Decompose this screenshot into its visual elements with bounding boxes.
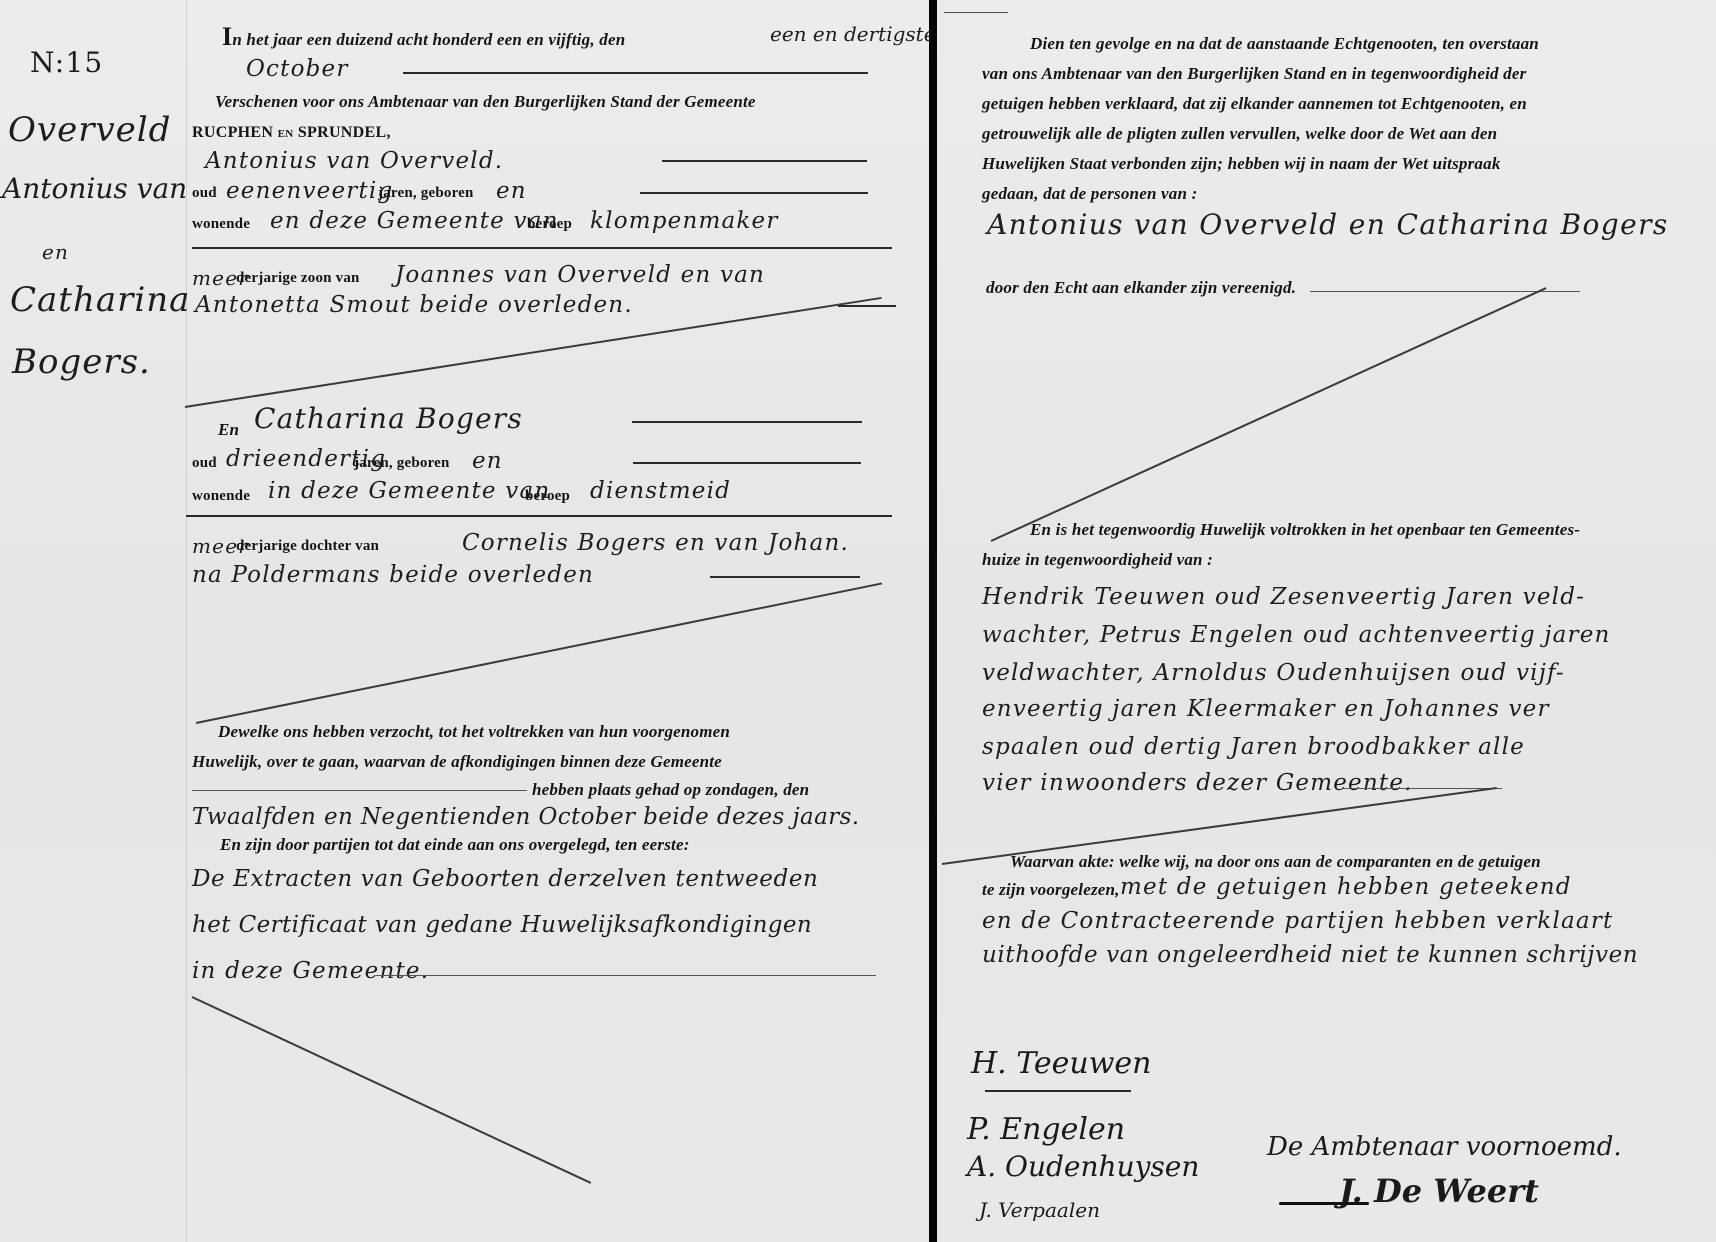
bride-en-label: En [218, 420, 239, 440]
fill-rule [192, 247, 892, 249]
witnesses-hand-4: enveertig jaren Kleermaker en Johannes v… [982, 696, 1550, 722]
documents-hand-3: in deze Gemeente. [192, 958, 429, 984]
margin-bride-given: Catharina [10, 280, 190, 320]
ceremony-line-1: En is het tegenwoordig Huwelijk voltrokk… [1030, 520, 1580, 540]
fill-rule [640, 192, 868, 194]
closing-line-2: te zijn voorgelezen, [982, 880, 1120, 900]
municipality: RUCPHEN EN SPRUNDEL, [192, 122, 391, 142]
groom-born-label: jaren, geboren [378, 185, 474, 202]
page-gutter [929, 0, 937, 1242]
witnesses-hand-1: Hendrik Teeuwen oud Zesenveertig Jaren v… [982, 584, 1585, 610]
margin-bride-surname: Bogers. [12, 342, 151, 382]
margin-groom-surname: Overveld [8, 110, 171, 150]
fill-rule [186, 515, 892, 517]
bride-child-label: derjarige dochter van [236, 538, 379, 555]
closing-hand-3: uithoofde van ongeleerdheid niet te kunn… [982, 942, 1638, 968]
groom-born-hand: en [496, 178, 527, 204]
groom-wonende-label: wonende [192, 216, 250, 233]
fill-rule [376, 975, 876, 976]
bride-oud-label: oud [192, 455, 217, 472]
signature-witness-3: A. Oudenhuysen [967, 1150, 1199, 1183]
closing-line-1: Waarvan akte: welke wij, na door ons aan… [1010, 852, 1541, 872]
groom-beroep-label: beroep [527, 216, 572, 233]
date-day-hand: een en dertigsten [770, 22, 948, 46]
fill-rule [632, 421, 862, 423]
bride-parents-hand-2: na Poldermans beide overleden [192, 562, 594, 588]
declaration-line-1: Dien ten gevolge en na dat de aanstaande… [1030, 34, 1539, 54]
fill-rule [192, 790, 527, 791]
signature-flourish [1279, 1202, 1369, 1205]
bride-residence-hand: in deze Gemeente van [268, 478, 550, 504]
declaration-line-3: getuigen hebben verklaard, dat zij elkan… [982, 94, 1527, 114]
witnesses-hand-5: spaalen oud dertig Jaren broodbakker all… [982, 734, 1525, 760]
act-number: N:15 [30, 46, 103, 79]
drop-initial: I [222, 22, 232, 51]
register-page-left: N:15 Overveld Antonius van en Catharina … [0, 0, 930, 1242]
register-page-right: Dien ten gevolge en na dat de aanstaande… [937, 0, 1716, 1242]
documents-intro: En zijn door partijen tot dat einde aan … [220, 835, 690, 855]
united-text: door den Echt aan elkander zijn vereenig… [986, 278, 1296, 298]
request-line-1: Dewelke ons hebben verzocht, tot het vol… [218, 722, 730, 742]
documents-hand-1: De Extracten van Geboorten derzelven ten… [192, 866, 818, 892]
appeared-line: Verschenen voor ons Ambtenaar van den Bu… [215, 92, 756, 112]
official-title: De Ambtenaar voornoemd. [1267, 1132, 1622, 1162]
groom-age-hand: eenenveertig [226, 178, 393, 204]
bride-born-label: jaren, geboren [354, 455, 450, 472]
groom-name-hand: Antonius van Overveld. [205, 148, 503, 174]
bride-beroep-label: beroep [525, 488, 570, 505]
bride-name-hand: Catharina Bogers [254, 402, 523, 435]
witnesses-hand-6: vier inwoonders dezer Gemeente. [982, 770, 1413, 796]
groom-occupation-hand: klompenmaker [590, 208, 779, 234]
margin-conjunction: en [42, 240, 69, 264]
witnesses-hand-3: veldwachter, Arnoldus Oudenhuijsen oud v… [982, 660, 1565, 686]
fill-rule [838, 305, 896, 307]
date-month-hand: October [246, 56, 349, 82]
signature-witness-1: H. Teeuwen [971, 1046, 1152, 1081]
witnesses-hand-2: wachter, Petrus Engelen oud achtenveerti… [982, 622, 1611, 648]
request-line-2: Huwelijk, over te gaan, waarvan de afkon… [192, 752, 722, 772]
signature-underline [985, 1090, 1131, 1092]
fill-rule [633, 462, 861, 464]
fill-rule [662, 160, 867, 162]
request-line-3: hebben plaats gehad op zondagen, den [532, 780, 809, 800]
groom-residence-hand: en deze Gemeente van [270, 208, 559, 234]
bride-wonende-label: wonende [192, 488, 250, 505]
couple-names-hand: Antonius van Overveld en Catharina Boger… [987, 208, 1669, 241]
declaration-line-2: van ons Ambtenaar van den Burgerlijken S… [982, 64, 1526, 84]
strike-diagonal [192, 996, 592, 1184]
signature-witness-4: J. Verpaalen [979, 1198, 1100, 1222]
groom-parents-hand-1: Joannes van Overveld en van [395, 262, 765, 288]
official-signature: J. De Weert [1339, 1172, 1539, 1210]
margin-groom-given: Antonius van [2, 172, 187, 205]
groom-child-label: derjarige zoon van [236, 270, 360, 287]
proclamation-dates-hand: Twaalfden en Negentienden October beide … [192, 804, 860, 830]
ceremony-line-2: huize in tegenwoordigheid van : [982, 550, 1213, 570]
bride-born-hand: en [472, 448, 503, 474]
declaration-line-5: Huwelijken Staat verbonden zijn; hebben … [982, 154, 1501, 174]
fill-rule [710, 576, 860, 578]
bride-occupation-hand: dienstmeid [590, 478, 731, 504]
declaration-line-4: getrouwelijk alle de pligten zullen verv… [982, 124, 1497, 144]
fill-rule [403, 72, 868, 74]
signature-witness-2: P. Engelen [967, 1112, 1125, 1147]
closing-hand-1: met de getuigen hebben geteekend [1120, 874, 1572, 900]
strike-diagonal [991, 287, 1547, 542]
opening-line: In het jaar een duizend acht honderd een… [222, 22, 625, 52]
groom-parents-hand-2: Antonetta Smout beide overleden. [195, 292, 633, 318]
strike-diagonal [196, 582, 882, 724]
fill-rule [944, 12, 1008, 13]
declaration-line-6: gedaan, dat de personen van : [982, 184, 1197, 204]
closing-hand-2: en de Contracteerende partijen hebben ve… [982, 908, 1613, 934]
groom-oud-label: oud [192, 185, 217, 202]
bride-parents-hand-1: Cornelis Bogers en van Johan. [462, 530, 849, 556]
documents-hand-2: het Certificaat van gedane Huwelijksafko… [192, 912, 812, 938]
